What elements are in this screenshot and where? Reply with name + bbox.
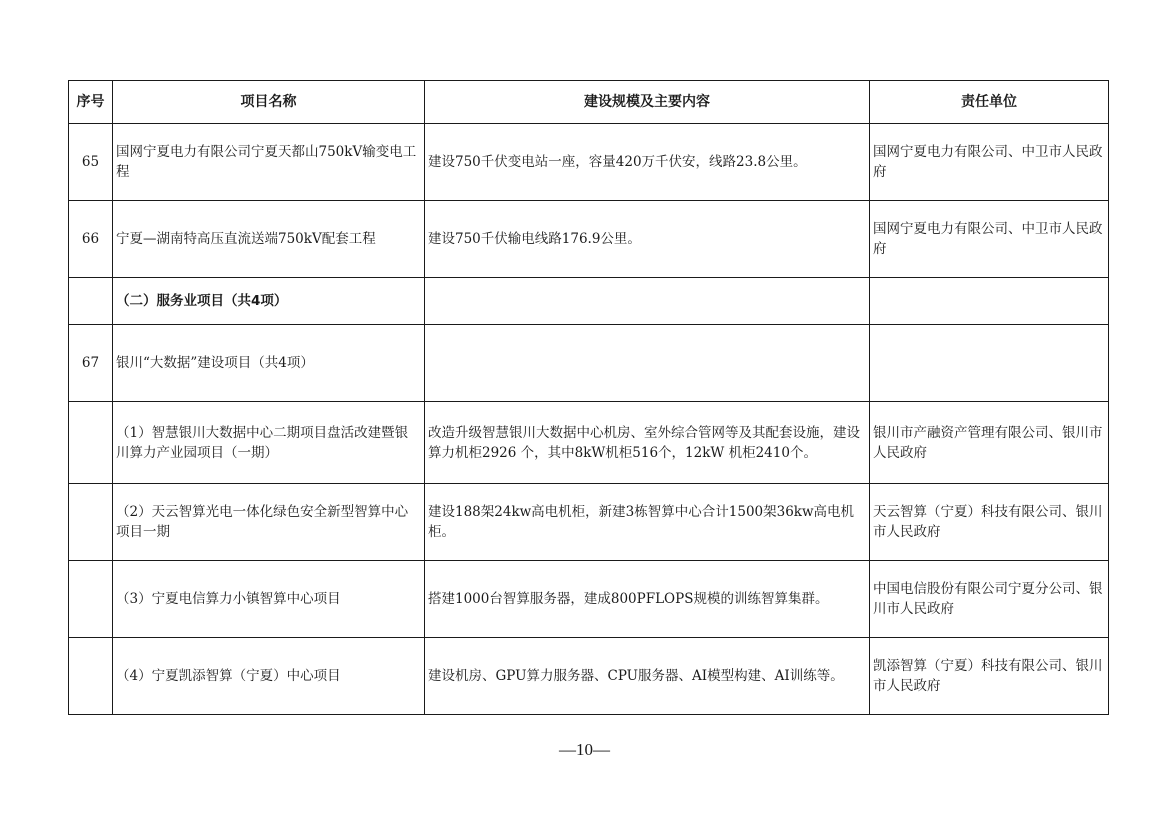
cell-no: 67 [69, 325, 113, 402]
table-row: 65 国网宁夏电力有限公司宁夏天都山750kV输变电工程 建设750千伏变电站一… [69, 124, 1109, 201]
cell-no [69, 638, 113, 715]
cell-unit: 国网宁夏电力有限公司、中卫市人民政府 [870, 201, 1109, 278]
document-page: 序号 项目名称 建设规模及主要内容 责任单位 65 国网宁夏电力有限公司宁夏天都… [0, 0, 1169, 826]
section-title: （二）服务业项目（共4项） [113, 278, 425, 325]
cell-unit: 中国电信股份有限公司宁夏分公司、银川市人民政府 [870, 561, 1109, 638]
cell-name: 银川“大数据”建设项目（共4项） [113, 325, 425, 402]
cell-scope: 建设机房、GPU算力服务器、CPU服务器、AI模型构建、AI训练等。 [425, 638, 870, 715]
project-table: 序号 项目名称 建设规模及主要内容 责任单位 65 国网宁夏电力有限公司宁夏天都… [68, 80, 1109, 715]
cell-unit [870, 325, 1109, 402]
cell-no: 66 [69, 201, 113, 278]
header-no: 序号 [69, 81, 113, 124]
cell-no [69, 402, 113, 484]
cell-scope: 建设750千伏变电站一座，容量420万千伏安，线路23.8公里。 [425, 124, 870, 201]
table-row: 66 宁夏—湖南特高压直流送端750kV配套工程 建设750千伏输电线路176.… [69, 201, 1109, 278]
cell-name: 国网宁夏电力有限公司宁夏天都山750kV输变电工程 [113, 124, 425, 201]
cell-name: （2）天云智算光电一体化绿色安全新型智算中心项目一期 [113, 484, 425, 561]
cell-unit: 国网宁夏电力有限公司、中卫市人民政府 [870, 124, 1109, 201]
cell-name: （4）宁夏凯添智算（宁夏）中心项目 [113, 638, 425, 715]
cell-unit: 凯添智算（宁夏）科技有限公司、银川市人民政府 [870, 638, 1109, 715]
table-subrow: （3）宁夏电信算力小镇智算中心项目 搭建1000台智算服务器，建成800PFLO… [69, 561, 1109, 638]
table-subrow: （1）智慧银川大数据中心二期项目盘活改建暨银川算力产业园项目（一期） 改造升级智… [69, 402, 1109, 484]
cell-no [69, 561, 113, 638]
table-subrow: （2）天云智算光电一体化绿色安全新型智算中心项目一期 建设188架24kw高电机… [69, 484, 1109, 561]
table-header-row: 序号 项目名称 建设规模及主要内容 责任单位 [69, 81, 1109, 124]
cell-name: （1）智慧银川大数据中心二期项目盘活改建暨银川算力产业园项目（一期） [113, 402, 425, 484]
table-subrow: （4）宁夏凯添智算（宁夏）中心项目 建设机房、GPU算力服务器、CPU服务器、A… [69, 638, 1109, 715]
cell-scope [425, 278, 870, 325]
header-name: 项目名称 [113, 81, 425, 124]
cell-unit [870, 278, 1109, 325]
cell-no: 65 [69, 124, 113, 201]
header-unit: 责任单位 [870, 81, 1109, 124]
cell-scope [425, 325, 870, 402]
cell-no [69, 484, 113, 561]
cell-scope: 搭建1000台智算服务器，建成800PFLOPS规模的训练智算集群。 [425, 561, 870, 638]
section-row: （二）服务业项目（共4项） [69, 278, 1109, 325]
cell-no [69, 278, 113, 325]
page-number: —10— [0, 740, 1169, 760]
cell-unit: 银川市产融资产管理有限公司、银川市人民政府 [870, 402, 1109, 484]
cell-name: 宁夏—湖南特高压直流送端750kV配套工程 [113, 201, 425, 278]
cell-scope: 改造升级智慧银川大数据中心机房、室外综合管网等及其配套设施，建设算力机柜2926… [425, 402, 870, 484]
cell-name: （3）宁夏电信算力小镇智算中心项目 [113, 561, 425, 638]
cell-scope: 建设188架24kw高电机柜，新建3栋智算中心合计1500架36kw高电机柜。 [425, 484, 870, 561]
cell-scope: 建设750千伏输电线路176.9公里。 [425, 201, 870, 278]
header-scope: 建设规模及主要内容 [425, 81, 870, 124]
cell-unit: 天云智算（宁夏）科技有限公司、银川市人民政府 [870, 484, 1109, 561]
table-row: 67 银川“大数据”建设项目（共4项） [69, 325, 1109, 402]
